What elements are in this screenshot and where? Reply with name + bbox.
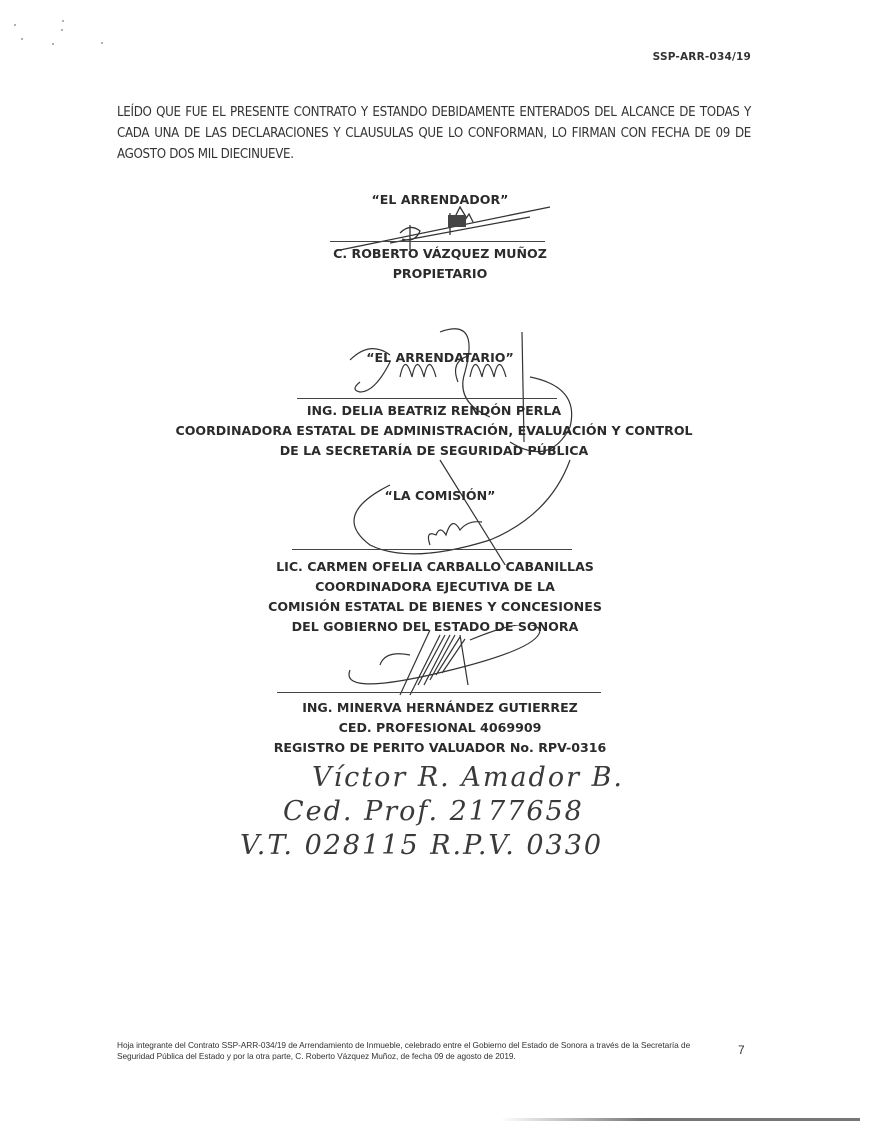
scan-edge-line bbox=[500, 1118, 860, 1121]
handwritten-cedula: Ced. Prof. 2177658 bbox=[283, 796, 584, 827]
signature-line bbox=[292, 549, 572, 550]
signatory-name: ING. MINERVA HERNÁNDEZ GUTIERREZ bbox=[240, 698, 640, 718]
handwritten-registro: V.T. 028115 R.P.V. 0330 bbox=[240, 830, 603, 861]
document-number: SSP-ARR-034/19 bbox=[653, 51, 751, 63]
signature-line bbox=[277, 692, 601, 693]
scan-speck bbox=[52, 43, 54, 45]
signatory-arrendador: C. ROBERTO VÁZQUEZ MUÑOZ PROPIETARIO bbox=[300, 244, 580, 284]
closing-paragraph-text: LEÍDO QUE FUE EL PRESENTE CONTRATO Y EST… bbox=[117, 102, 751, 165]
signature-line bbox=[330, 241, 545, 242]
handwritten-name: Víctor R. Amador B. bbox=[312, 762, 624, 793]
signatory-arrendatario: ING. DELIA BEATRIZ RENDÓN PERLA COORDINA… bbox=[160, 401, 708, 461]
signatory-name: ING. DELIA BEATRIZ RENDÓN PERLA bbox=[160, 401, 708, 421]
signatory-title-line3: DEL GOBIERNO DEL ESTADO DE SONORA bbox=[230, 617, 640, 637]
role-label: “LA COMISIÓN” bbox=[300, 486, 580, 506]
signature-line bbox=[297, 398, 557, 399]
scan-speck bbox=[61, 29, 63, 31]
signatory-registro: REGISTRO DE PERITO VALUADOR No. RPV-0316 bbox=[240, 738, 640, 758]
page-number: 7 bbox=[738, 1043, 745, 1057]
scan-speck bbox=[14, 24, 16, 26]
scan-speck bbox=[21, 38, 23, 40]
signatory-name: LIC. CARMEN OFELIA CARBALLO CABANILLAS bbox=[230, 557, 640, 577]
signatory-cedula: CED. PROFESIONAL 4069909 bbox=[240, 718, 640, 738]
signatory-title-line2: DE LA SECRETARÍA DE SEGURIDAD PÚBLICA bbox=[160, 441, 708, 461]
signatory-comision: LIC. CARMEN OFELIA CARBALLO CABANILLAS C… bbox=[230, 557, 640, 637]
signatory-name: C. ROBERTO VÁZQUEZ MUÑOZ bbox=[300, 244, 580, 264]
signatory-title-line2: COMISIÓN ESTATAL DE BIENES Y CONCESIONES bbox=[230, 597, 640, 617]
page-footer: Hoja integrante del Contrato SSP-ARR-034… bbox=[117, 1040, 717, 1062]
role-label: “EL ARRENDADOR” bbox=[300, 190, 580, 210]
signatory-title: PROPIETARIO bbox=[300, 264, 580, 284]
scan-speck bbox=[101, 42, 103, 44]
signatory-title-line1: COORDINADORA ESTATAL DE ADMINISTRACIÓN, … bbox=[160, 421, 708, 441]
signature-block-arrendatario: “EL ARRENDATARIO” bbox=[300, 348, 580, 368]
signature-block-arrendador: “EL ARRENDADOR” bbox=[300, 190, 580, 210]
signatory-title-line1: COORDINADORA EJECUTIVA DE LA bbox=[230, 577, 640, 597]
scan-speck bbox=[62, 20, 64, 22]
contract-page: SSP-ARR-034/19 LEÍDO QUE FUE EL PRESENTE… bbox=[0, 0, 869, 1125]
signatory-perito: ING. MINERVA HERNÁNDEZ GUTIERREZ CED. PR… bbox=[240, 698, 640, 758]
closing-paragraph: LEÍDO QUE FUE EL PRESENTE CONTRATO Y EST… bbox=[117, 102, 751, 165]
signature-block-comision: “LA COMISIÓN” bbox=[300, 486, 580, 506]
role-label: “EL ARRENDATARIO” bbox=[300, 348, 580, 368]
